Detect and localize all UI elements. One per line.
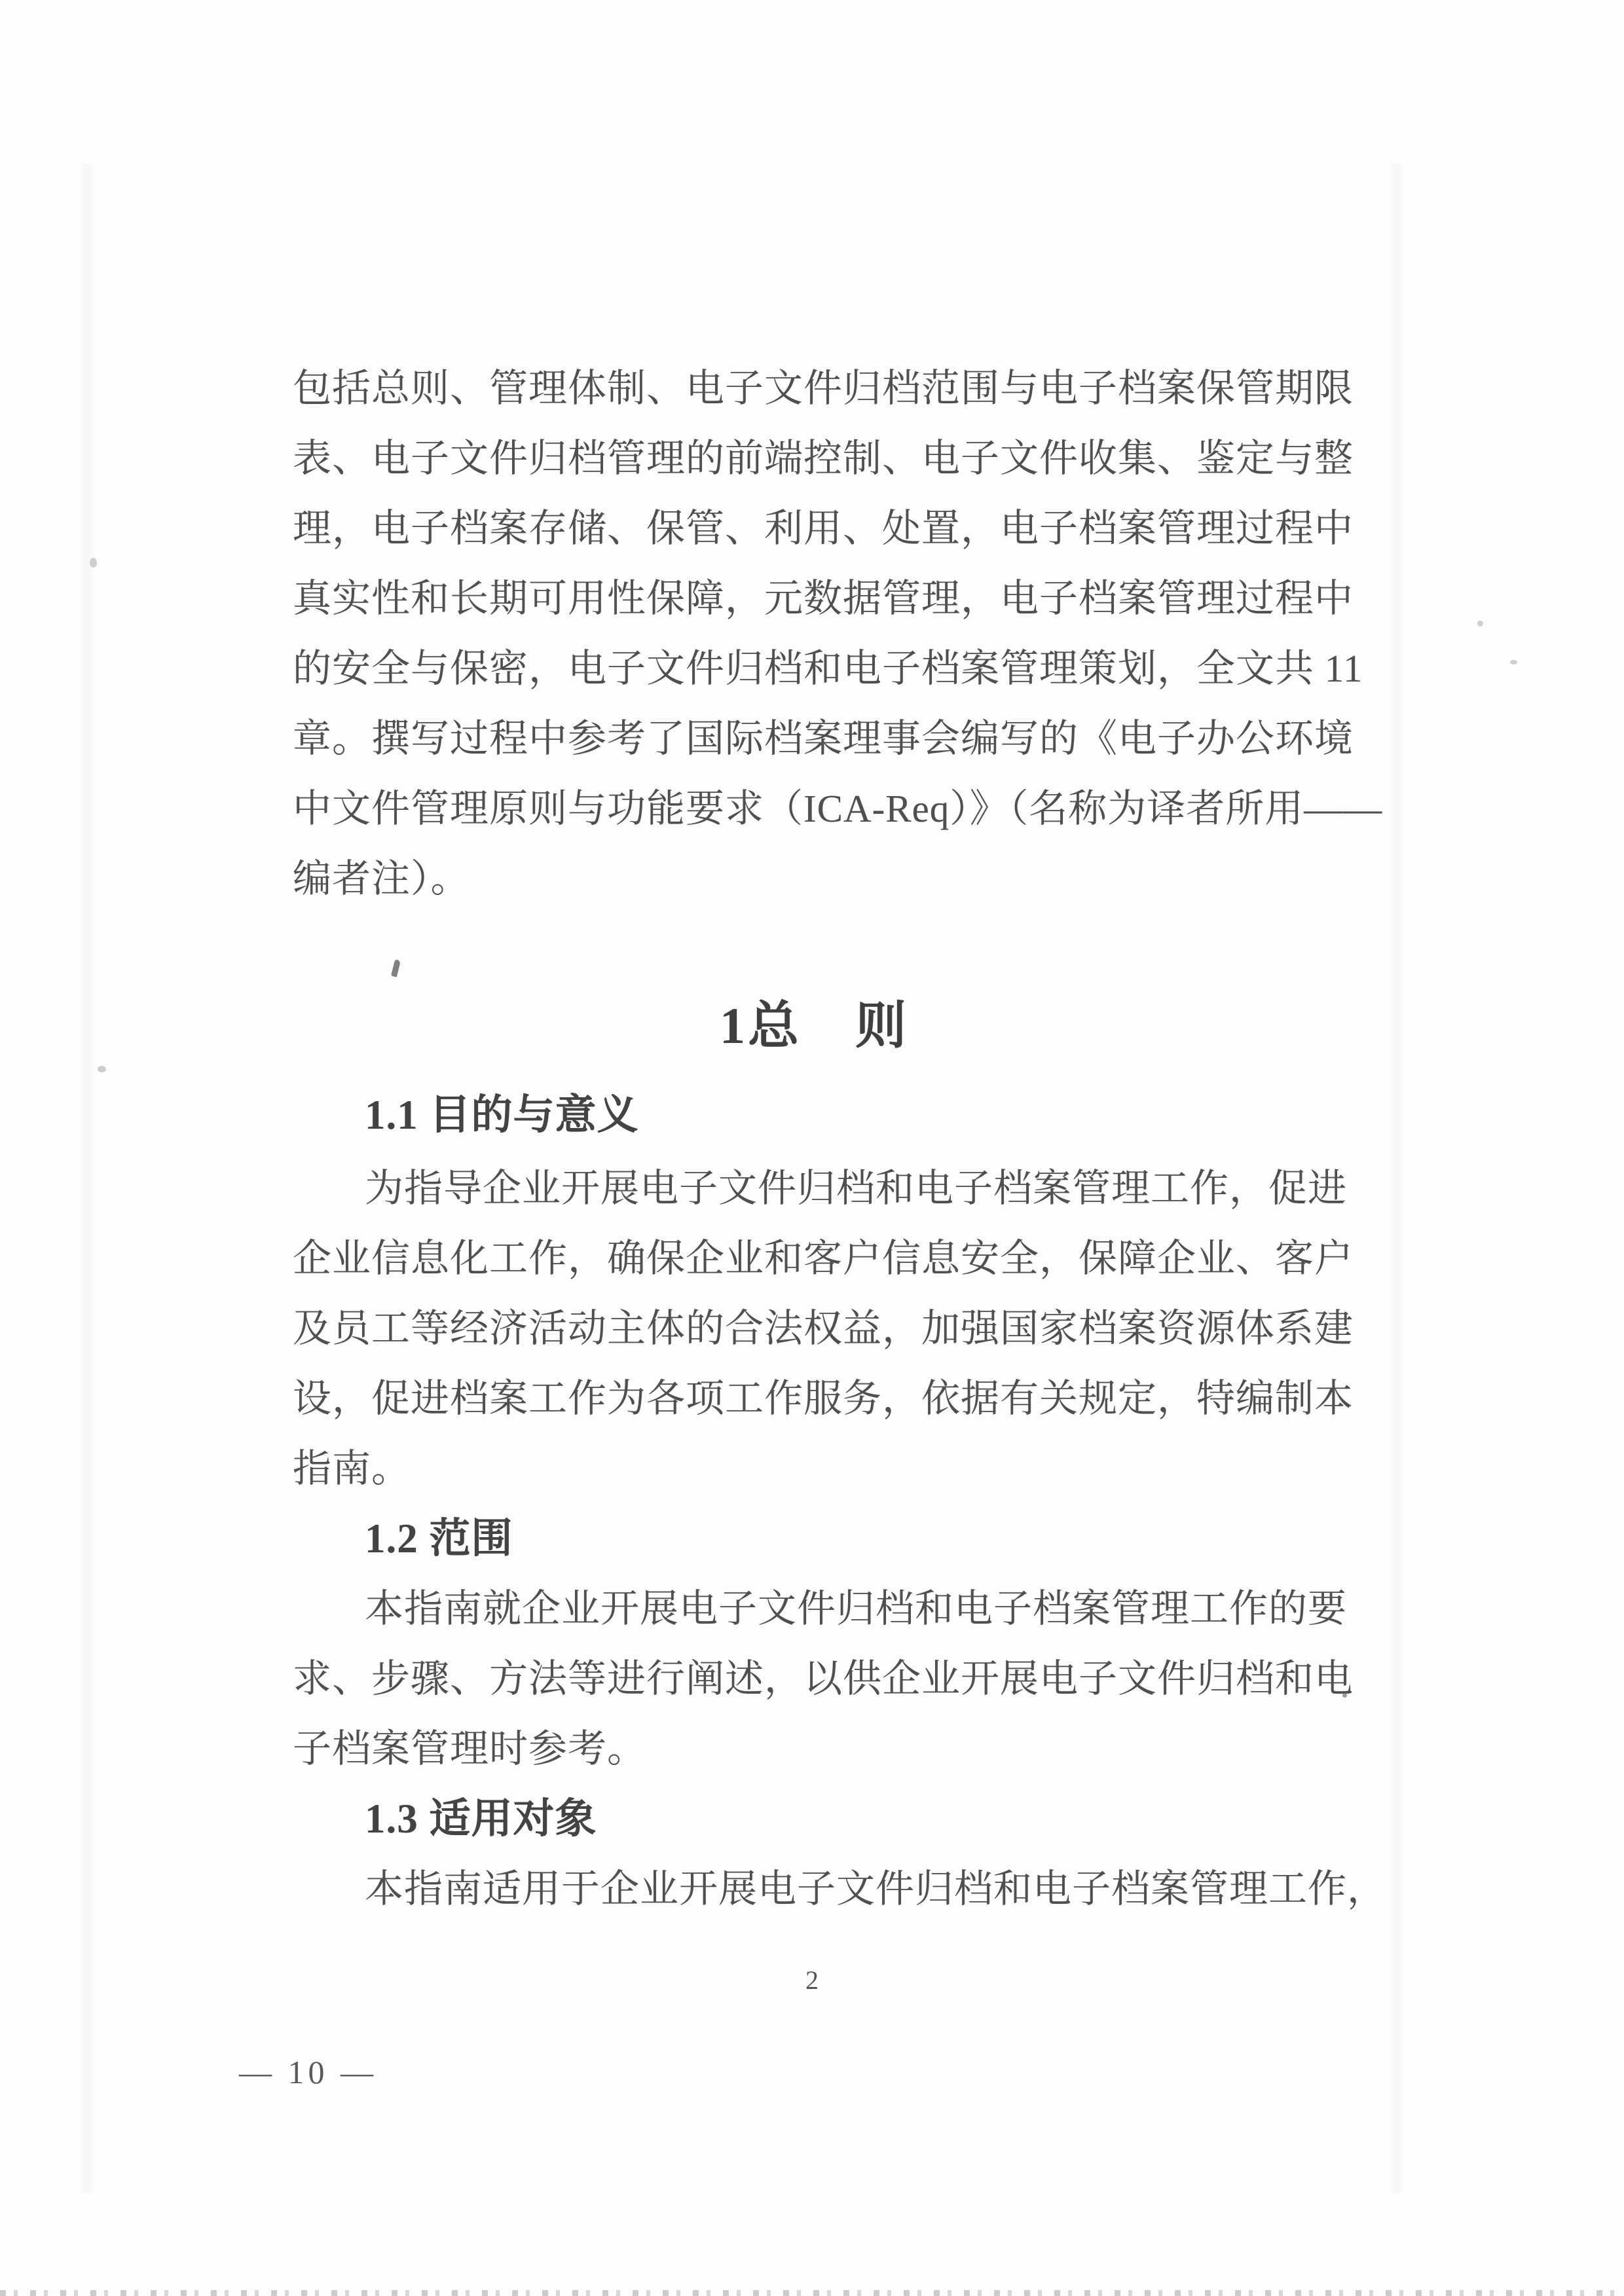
scan-artifact-speck bbox=[1477, 621, 1483, 627]
section-1-2-paragraph-line: 求、步骤、方法等进行阐述，以供企业开展电子文件归档和电 bbox=[293, 1644, 1367, 1714]
intro-paragraph-line: 中文件管理原则与功能要求（ICA-Req）》（名称为译者所用—— bbox=[293, 774, 1367, 844]
scan-artifact-speck bbox=[98, 1066, 106, 1072]
intro-paragraph-line: 的安全与保密，电子文件归档和电子档案管理策划，全文共 11 bbox=[293, 634, 1367, 704]
section-1-1-paragraph-line: 企业信息化工作，确保企业和客户信息安全，保障企业、客户 bbox=[293, 1224, 1367, 1294]
section-1-1-paragraph-line: 及员工等经济活动主体的合法权益，加强国家档案资源体系建 bbox=[293, 1294, 1367, 1364]
intro-paragraph-line: 理，电子档案存储、保管、利用、处置，电子档案管理过程中 bbox=[293, 494, 1367, 564]
scan-streak bbox=[1388, 164, 1405, 2193]
section-1-1-paragraph-line: 为指导企业开展电子文件归档和电子档案管理工作，促进 bbox=[293, 1154, 1439, 1224]
page-number: 2 bbox=[0, 1961, 1624, 2000]
scan-noise-strip bbox=[0, 2290, 1624, 2296]
intro-paragraph-line: 章。撰写过程中参考了国际档案理事会编写的《电子办公环境 bbox=[293, 704, 1367, 774]
scanned-document-page: 包括总则、管理体制、电子文件归档范围与电子档案保管期限 表、电子文件归档管理的前… bbox=[0, 0, 1624, 2296]
intro-paragraph-line: 编者注）。 bbox=[293, 844, 1367, 914]
section-1-1-paragraph-line: 指南。 bbox=[293, 1434, 1367, 1504]
section-1-2-paragraph-line: 本指南就企业开展电子文件归档和电子档案管理工作的要 bbox=[293, 1574, 1439, 1644]
section-heading-1-2: 1.2 范围 bbox=[293, 1504, 1439, 1574]
intro-paragraph-line: 表、电子文件归档管理的前端控制、电子文件收集、鉴定与整 bbox=[293, 424, 1367, 494]
intro-paragraph-line: 包括总则、管理体制、电子文件归档范围与电子档案保管期限 bbox=[293, 354, 1367, 424]
folio-number: — 10 — bbox=[239, 2048, 377, 2096]
section-1-1-paragraph-line: 设，促进档案工作为各项工作服务，依据有关规定，特编制本 bbox=[293, 1364, 1367, 1434]
chapter-heading: 1总 则 bbox=[293, 983, 1336, 1068]
scan-artifact-tick bbox=[391, 959, 401, 977]
section-heading-1-1: 1.1 目的与意义 bbox=[293, 1080, 1439, 1150]
section-1-3-paragraph-line: 本指南适用于企业开展电子文件归档和电子档案管理工作， bbox=[293, 1854, 1439, 1924]
intro-paragraph-line: 真实性和长期可用性保障，元数据管理，电子档案管理过程中 bbox=[293, 564, 1367, 634]
section-heading-1-3: 1.3 适用对象 bbox=[293, 1784, 1439, 1854]
section-1-2-paragraph-line: 子档案管理时参考。 bbox=[293, 1714, 1367, 1784]
scan-artifact-speck bbox=[1510, 660, 1517, 665]
scan-artifact-speck bbox=[1342, 1693, 1347, 1698]
scan-streak bbox=[79, 164, 96, 2193]
